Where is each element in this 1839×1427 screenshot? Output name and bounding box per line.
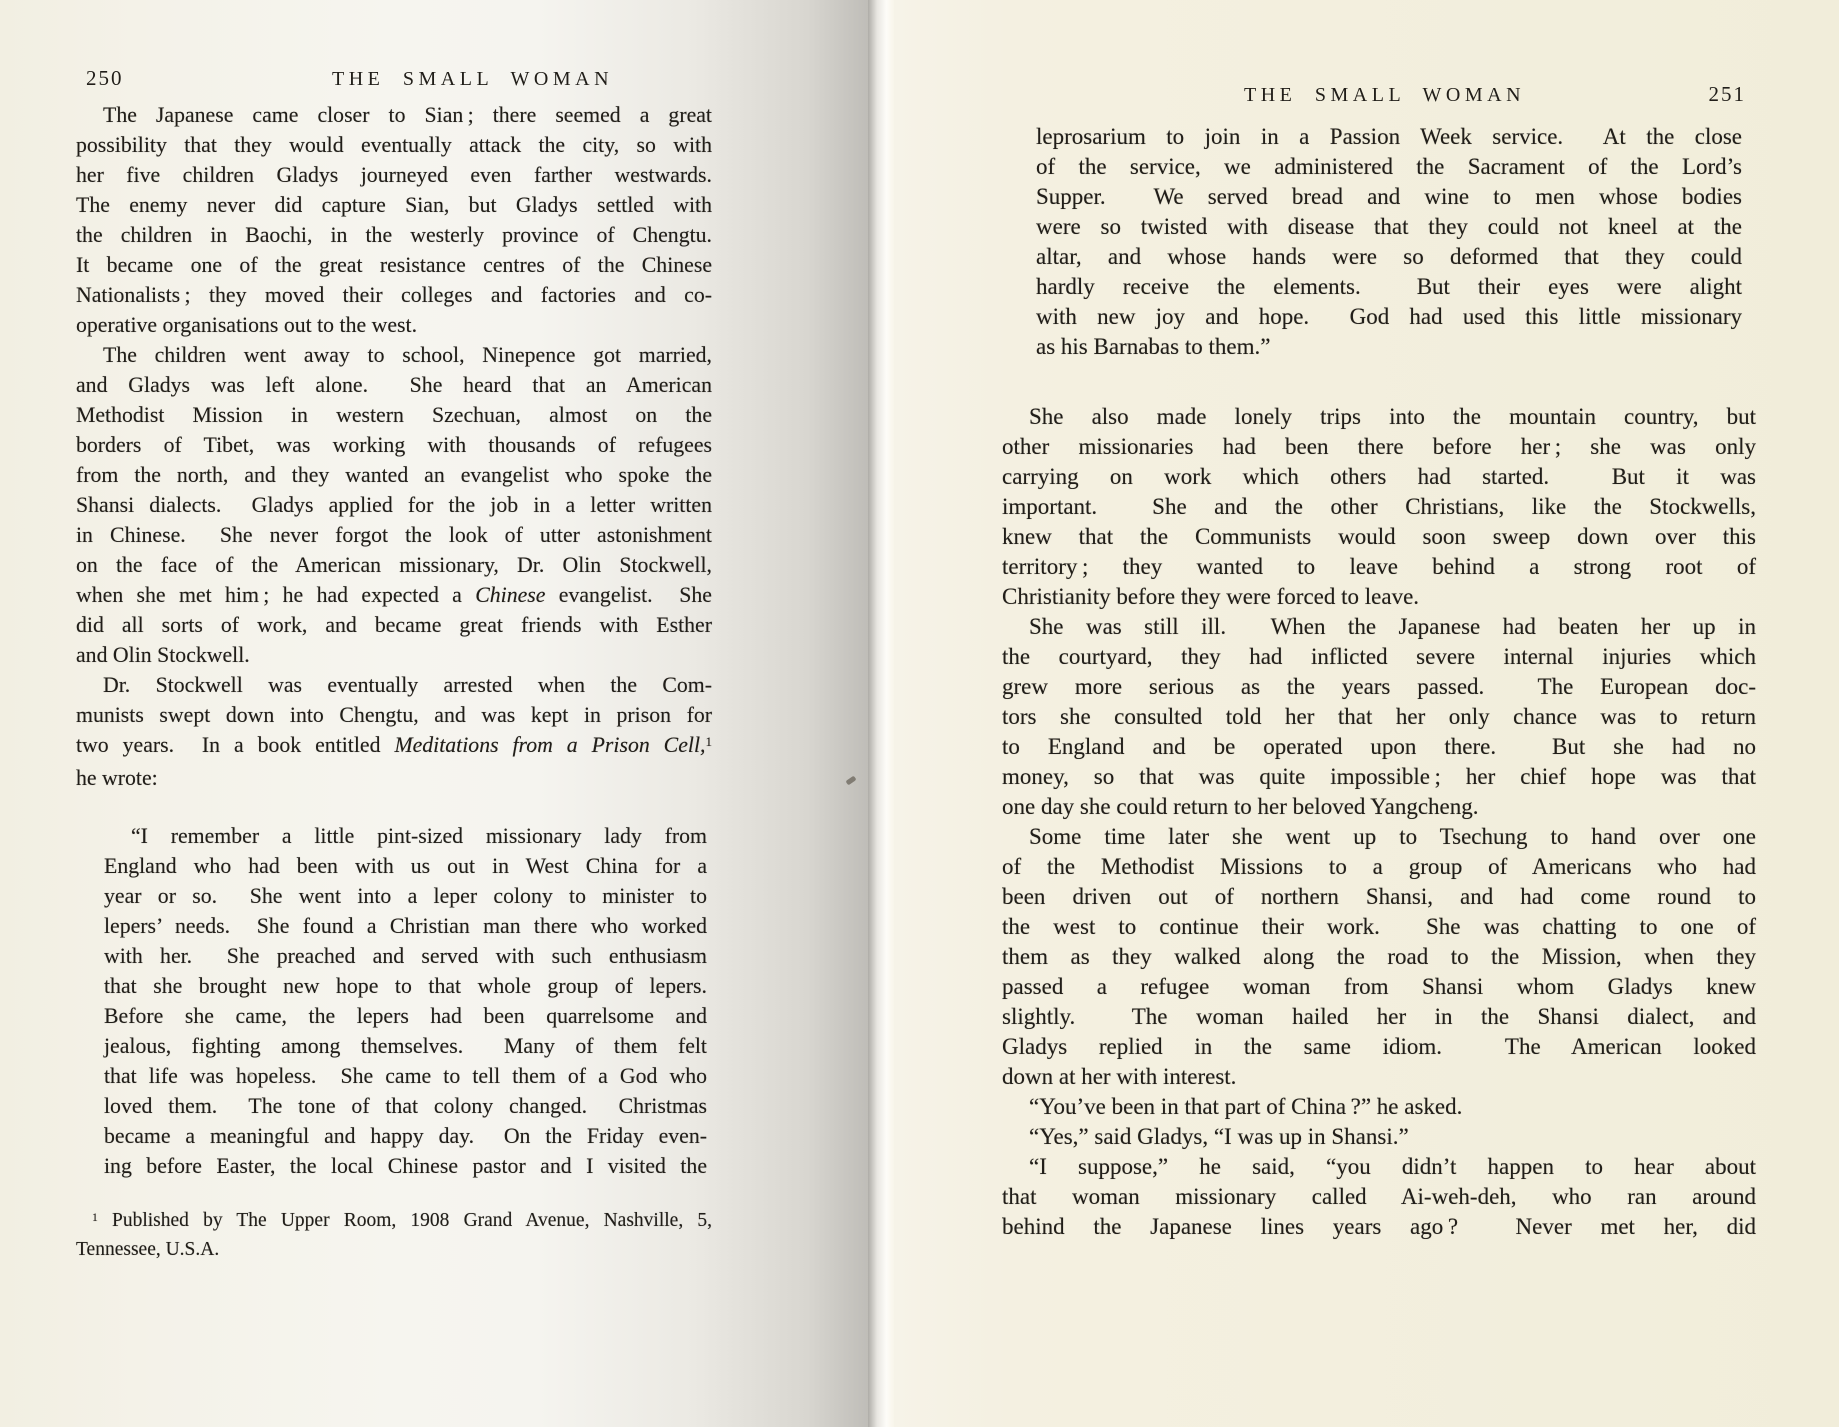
text-line: grew more serious as the years passed. T… <box>1002 672 1756 702</box>
text-line: Nationalists ; they moved their colleges… <box>76 280 712 310</box>
paragraph-block: She was still ill. When the Japanese had… <box>1002 612 1756 822</box>
paragraph-block: She also made lonely trips into the moun… <box>1002 402 1756 612</box>
text-segment: knew that the Communists would soon swee… <box>1002 524 1756 549</box>
paragraph-block: Some time later she went up to Tsechung … <box>1002 822 1756 1092</box>
text-segment: Meditations from a Prison Cell, <box>394 733 705 757</box>
text-line: Methodist Mission in western Szechuan, a… <box>76 400 712 430</box>
text-segment: slightly. The woman hailed her in the Sh… <box>1002 1004 1756 1029</box>
text-segment: grew more serious as the years passed. T… <box>1002 674 1756 699</box>
text-line: Christianity before they were forced to … <box>1002 582 1756 612</box>
text-line: in Chinese. She never forgot the look of… <box>76 520 712 550</box>
text-line: on the face of the American missionary, … <box>76 550 712 580</box>
text-line: from the north, and they wanted an evang… <box>76 460 712 490</box>
text-segment: that she brought new hope to that whole … <box>104 974 707 998</box>
text-line: year or so. She went into a leper colony… <box>104 881 707 911</box>
text-line: when she met him ; he had expected a Chi… <box>76 580 712 610</box>
quote-block: “I remember a little pint-sized missiona… <box>104 821 707 1181</box>
text-segment: to England and be operated upon there. B… <box>1002 734 1756 759</box>
book-scan: 250 THE SMALL WOMAN THE SMALL WOMAN 251 … <box>0 0 1839 1427</box>
text-segment: Christianity before they were forced to … <box>1002 584 1419 609</box>
text-segment: and Olin Stockwell. <box>76 643 250 667</box>
footnote-marker: 1 <box>92 1211 98 1224</box>
text-segment: one day she could return to her beloved … <box>1002 794 1479 819</box>
text-segment: behind the Japanese lines years ago ? Ne… <box>1002 1214 1756 1239</box>
page-gutter <box>868 0 894 1427</box>
text-segment: It became one of the great resistance ce… <box>76 253 712 277</box>
text-segment: money, so that was quite impossible ; he… <box>1002 764 1756 789</box>
text-line: She also made lonely trips into the moun… <box>1002 402 1756 432</box>
text-line: did all sorts of work, and became great … <box>76 610 712 640</box>
text-line: that life was hopeless. She came to tell… <box>104 1061 707 1091</box>
text-segment: did all sorts of work, and became great … <box>76 613 712 637</box>
text-segment: Before she came, the lepers had been qua… <box>104 1004 707 1028</box>
paragraph-block: Dr. Stockwell was eventually arrested wh… <box>76 670 712 793</box>
text-segment: territory ; they wanted to leave behind … <box>1002 554 1756 579</box>
text-line: passed a refugee woman from Shansi whom … <box>1002 972 1756 1002</box>
left-page-text: The Japanese came closer to Sian ; there… <box>76 100 712 1263</box>
text-segment: Chinese <box>475 583 545 607</box>
text-line: with new joy and hope. God had used this… <box>1036 302 1742 332</box>
text-line: the courtyard, they had inflicted severe… <box>1002 642 1756 672</box>
text-line: and Olin Stockwell. <box>76 640 712 670</box>
paragraph-block: “I suppose,” he said, “you didn’t happen… <box>1002 1152 1756 1242</box>
text-line: been driven out of northern Shansi, and … <box>1002 882 1756 912</box>
text-line: “You’ve been in that part of China ?” he… <box>1002 1092 1756 1122</box>
text-line: The Japanese came closer to Sian ; there… <box>76 100 712 130</box>
text-segment: She also made lonely trips into the moun… <box>1029 404 1756 429</box>
text-segment: important. She and the other Christians,… <box>1002 494 1756 519</box>
text-line: tors she consulted told her that her onl… <box>1002 702 1756 732</box>
text-segment: Nationalists ; they moved their colleges… <box>76 283 712 307</box>
text-segment: of the Methodist Missions to a group of … <box>1002 854 1756 879</box>
text-line: territory ; they wanted to leave behind … <box>1002 552 1756 582</box>
text-line: money, so that was quite impossible ; he… <box>1002 762 1756 792</box>
text-line: The enemy never did capture Sian, but Gl… <box>76 190 712 220</box>
text-line: that she brought new hope to that whole … <box>104 971 707 1001</box>
text-line: of the Methodist Missions to a group of … <box>1002 852 1756 882</box>
text-segment: munists swept down into Chengtu, and was… <box>76 703 712 727</box>
text-segment: the courtyard, they had inflicted severe… <box>1002 644 1756 669</box>
text-line: the children in Baochi, in the westerly … <box>76 220 712 250</box>
quote-block: leprosarium to join in a Passion Week se… <box>1036 122 1742 362</box>
text-line: She was still ill. When the Japanese had… <box>1002 612 1756 642</box>
text-segment: borders of Tibet, was working with thous… <box>76 433 712 457</box>
text-line: as his Barnabas to them.” <box>1036 332 1742 362</box>
text-segment: in Chinese. She never forgot the look of… <box>76 523 712 547</box>
text-segment: lepers’ needs. She found a Christian man… <box>104 914 707 938</box>
text-segment: when she met him ; he had expected a <box>76 583 475 607</box>
text-segment: “I suppose,” he said, “you didn’t happen… <box>1029 1154 1756 1179</box>
text-segment: were so twisted with disease that they c… <box>1036 214 1742 239</box>
text-line: operative organisations out to the west. <box>76 310 712 340</box>
text-segment: possibility that they would eventually a… <box>76 133 712 157</box>
text-line: carrying on work which others had starte… <box>1002 462 1756 492</box>
text-segment: other missionaries had been there before… <box>1002 434 1756 459</box>
text-segment: Gladys replied in the same idiom. The Am… <box>1002 1034 1756 1059</box>
text-line: one day she could return to her beloved … <box>1002 792 1756 822</box>
text-segment: The enemy never did capture Sian, but Gl… <box>76 193 712 217</box>
text-line: possibility that they would eventually a… <box>76 130 712 160</box>
text-line: Gladys replied in the same idiom. The Am… <box>1002 1032 1756 1062</box>
text-line: lepers’ needs. She found a Christian man… <box>104 911 707 941</box>
text-line: he wrote: <box>76 763 712 793</box>
text-line: loved them. The tone of that colony chan… <box>104 1091 707 1121</box>
text-line: leprosarium to join in a Passion Week se… <box>1036 122 1742 152</box>
text-line: were so twisted with disease that they c… <box>1036 212 1742 242</box>
text-segment: The children went away to school, Ninepe… <box>103 343 712 367</box>
text-segment: of the service, we administered the Sacr… <box>1036 154 1742 179</box>
text-line: “I remember a little pint-sized missiona… <box>104 821 707 851</box>
text-line: It became one of the great resistance ce… <box>76 250 712 280</box>
text-line: “Yes,” said Gladys, “I was up in Shansi.… <box>1002 1122 1756 1152</box>
text-segment: She was still ill. When the Japanese had… <box>1029 614 1756 639</box>
right-page-text: leprosarium to join in a Passion Week se… <box>1002 122 1756 1242</box>
text-line: down at her with interest. <box>1002 1062 1756 1092</box>
text-line: other missionaries had been there before… <box>1002 432 1756 462</box>
text-segment: on the face of the American missionary, … <box>76 553 712 577</box>
text-segment: hardly receive the elements. But their e… <box>1036 274 1742 299</box>
text-line: Shansi dialects. Gladys applied for the … <box>76 490 712 520</box>
paragraph-block: The children went away to school, Ninepe… <box>76 340 712 670</box>
left-page-number: 250 <box>86 66 124 91</box>
text-segment: the west to continue their work. She was… <box>1002 914 1756 939</box>
text-segment: jealous, fighting among themselves. Many… <box>104 1034 707 1058</box>
text-segment: Dr. Stockwell was eventually arrested wh… <box>103 673 712 697</box>
text-line: Tennessee, U.S.A. <box>76 1236 712 1263</box>
text-line: with her. She preached and served with s… <box>104 941 707 971</box>
text-segment: the children in Baochi, in the westerly … <box>76 223 712 247</box>
scan-artifact <box>248 1072 253 1077</box>
text-line: England who had been with us out in West… <box>104 851 707 881</box>
text-line: borders of Tibet, was working with thous… <box>76 430 712 460</box>
text-segment: tors she consulted told her that her onl… <box>1002 704 1756 729</box>
text-line: to England and be operated upon there. B… <box>1002 732 1756 762</box>
text-segment: Published by The Upper Room, 1908 Grand … <box>98 1210 712 1231</box>
text-segment: Methodist Mission in western Szechuan, a… <box>76 403 712 427</box>
text-segment: altar, and whose hands were so deformed … <box>1036 244 1742 269</box>
text-segment: operative organisations out to the west. <box>76 313 417 337</box>
text-line: slightly. The woman hailed her in the Sh… <box>1002 1002 1756 1032</box>
text-line: hardly receive the elements. But their e… <box>1036 272 1742 302</box>
text-segment: carrying on work which others had starte… <box>1002 464 1756 489</box>
text-line: Supper. We served bread and wine to men … <box>1036 182 1742 212</box>
text-line: important. She and the other Christians,… <box>1002 492 1756 522</box>
text-segment: “Yes,” said Gladys, “I was up in Shansi.… <box>1029 1124 1409 1149</box>
paragraph-block: “You’ve been in that part of China ?” he… <box>1002 1092 1756 1122</box>
footnote-block: 1 Published by The Upper Room, 1908 Gran… <box>76 1207 712 1263</box>
footnote-marker: 1 <box>705 734 712 749</box>
text-line: and Gladys was left alone. She heard tha… <box>76 370 712 400</box>
text-segment: them as they walked along the road to th… <box>1002 944 1756 969</box>
text-line: two years. In a book entitled Meditation… <box>76 730 712 763</box>
text-line: Dr. Stockwell was eventually arrested wh… <box>76 670 712 700</box>
text-line: her five children Gladys journeyed even … <box>76 160 712 190</box>
text-segment: Tennessee, U.S.A. <box>76 1239 219 1260</box>
text-segment: and Gladys was left alone. She heard tha… <box>76 373 712 397</box>
text-segment: he wrote: <box>76 766 158 790</box>
text-line: Some time later she went up to Tsechung … <box>1002 822 1756 852</box>
text-segment: passed a refugee woman from Shansi whom … <box>1002 974 1756 999</box>
text-segment: ing before Easter, the local Chinese pas… <box>104 1154 707 1178</box>
text-segment: from the north, and they wanted an evang… <box>76 463 712 487</box>
text-line: “I suppose,” he said, “you didn’t happen… <box>1002 1152 1756 1182</box>
text-segment: England who had been with us out in West… <box>104 854 707 878</box>
text-segment: down at her with interest. <box>1002 1064 1236 1089</box>
text-segment: “I remember a little pint-sized missiona… <box>131 824 707 848</box>
text-line: them as they walked along the road to th… <box>1002 942 1756 972</box>
text-segment: year or so. She went into a leper colony… <box>104 884 707 908</box>
left-running-title: THE SMALL WOMAN <box>332 68 613 91</box>
text-segment: Some time later she went up to Tsechung … <box>1029 824 1756 849</box>
text-segment: leprosarium to join in a Passion Week se… <box>1036 124 1742 149</box>
text-segment: with her. She preached and served with s… <box>104 944 707 968</box>
text-line: 1 Published by The Upper Room, 1908 Gran… <box>76 1207 712 1236</box>
text-segment: her five children Gladys journeyed even … <box>76 163 712 187</box>
text-line: The children went away to school, Ninepe… <box>76 340 712 370</box>
text-segment: been driven out of northern Shansi, and … <box>1002 884 1756 909</box>
text-segment: that life was hopeless. She came to tell… <box>104 1064 707 1088</box>
gap-block <box>1002 362 1756 402</box>
text-segment: as his Barnabas to them.” <box>1036 334 1270 359</box>
text-line: behind the Japanese lines years ago ? Ne… <box>1002 1212 1756 1242</box>
paragraph-block: The Japanese came closer to Sian ; there… <box>76 100 712 340</box>
text-line: jealous, fighting among themselves. Many… <box>104 1031 707 1061</box>
text-line: knew that the Communists would soon swee… <box>1002 522 1756 552</box>
text-segment: that woman missionary called Ai-weh-deh,… <box>1002 1184 1756 1209</box>
text-segment: with new joy and hope. God had used this… <box>1036 304 1742 329</box>
right-page-number: 251 <box>1680 82 1746 107</box>
text-segment: became a meaningful and happy day. On th… <box>104 1124 707 1148</box>
text-line: the west to continue their work. She was… <box>1002 912 1756 942</box>
right-running-title: THE SMALL WOMAN <box>1244 84 1525 107</box>
text-segment: Supper. We served bread and wine to men … <box>1036 184 1742 209</box>
text-segment: loved them. The tone of that colony chan… <box>104 1094 707 1118</box>
text-line: that woman missionary called Ai-weh-deh,… <box>1002 1182 1756 1212</box>
text-segment: two years. In a book entitled <box>76 733 394 757</box>
text-line: munists swept down into Chengtu, and was… <box>76 700 712 730</box>
text-segment: The Japanese came closer to Sian ; there… <box>103 103 712 127</box>
text-line: altar, and whose hands were so deformed … <box>1036 242 1742 272</box>
paragraph-block: “Yes,” said Gladys, “I was up in Shansi.… <box>1002 1122 1756 1152</box>
text-segment: evangelist. She <box>545 583 712 607</box>
text-line: ing before Easter, the local Chinese pas… <box>104 1151 707 1181</box>
text-line: Before she came, the lepers had been qua… <box>104 1001 707 1031</box>
text-segment: “You’ve been in that part of China ?” he… <box>1029 1094 1462 1119</box>
text-segment: Shansi dialects. Gladys applied for the … <box>76 493 712 517</box>
text-line: became a meaningful and happy day. On th… <box>104 1121 707 1151</box>
text-line: of the service, we administered the Sacr… <box>1036 152 1742 182</box>
